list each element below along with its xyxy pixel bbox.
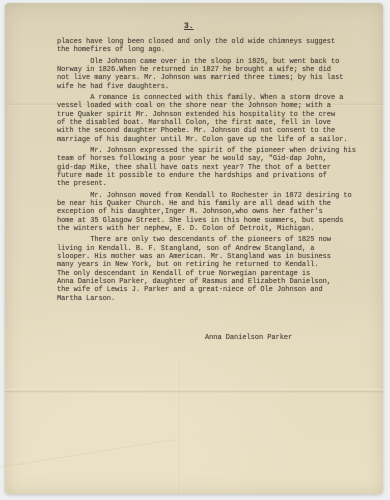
scanned-document-view: 3. places have long been closed and only… <box>0 0 390 500</box>
paper-crease-diagonal <box>0 439 174 472</box>
paragraph-move-to-rochester: Mr. Johnson moved from Kendall to Roches… <box>57 192 367 233</box>
paper-crease-vertical <box>179 361 181 494</box>
paragraph-descendants: There are only two descendants of the pi… <box>57 236 367 302</box>
author-signature: Anna Danielson Parker <box>205 334 367 342</box>
paragraph-romance-storm: A romance is connected with this family.… <box>57 94 367 144</box>
document-page: 3. places have long been closed and only… <box>5 3 383 494</box>
paper-crease-horizontal-lower <box>5 389 383 393</box>
paragraph-chimneys: places have long been closed and only th… <box>57 38 367 55</box>
paragraph-ole-johnson-sloop: Ole Johnson came over in the sloop in 18… <box>57 58 367 91</box>
typewritten-content: 3. places have long been closed and only… <box>57 15 367 342</box>
paragraph-pioneer-spirit: Mr. Johnson expressed the spirit of the … <box>57 147 367 188</box>
page-number: 3. <box>184 22 194 31</box>
